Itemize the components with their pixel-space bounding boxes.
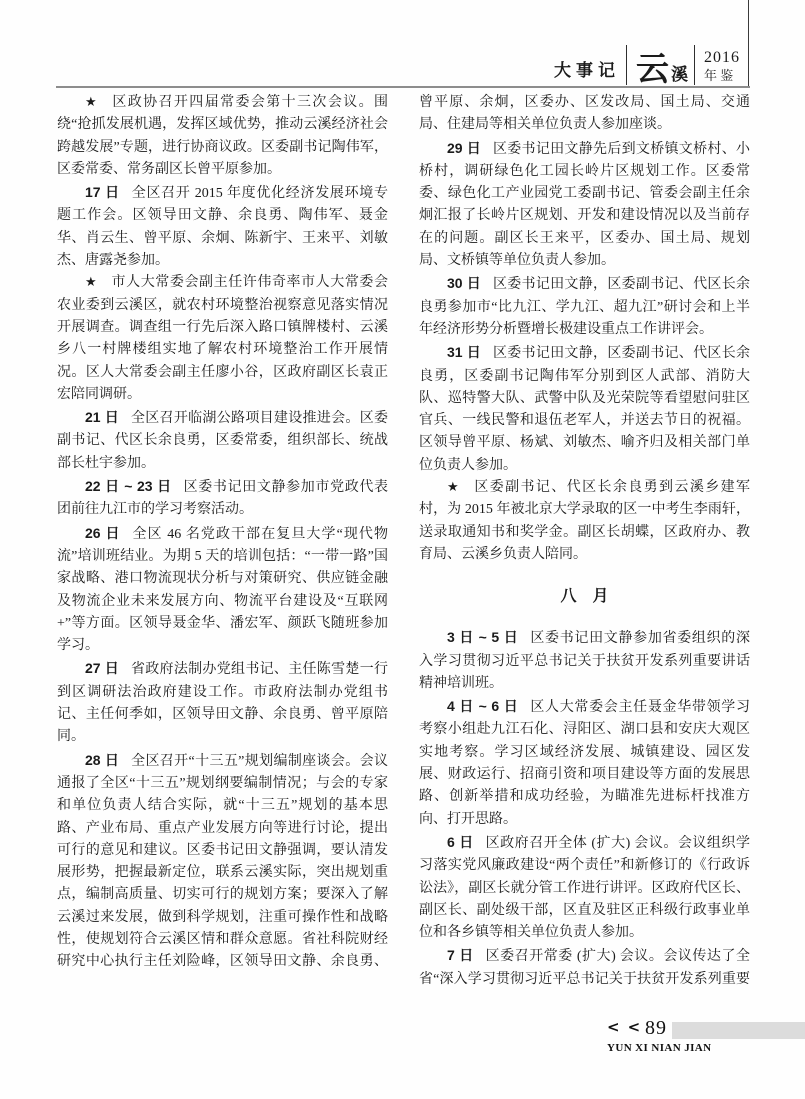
entry-date: 29 日: [447, 140, 481, 156]
entry-date: 28 日: [85, 752, 119, 768]
entry-text: 区委书记田文静，区委副书记、代区长余良勇，区委副书记陶伟军分别到区人武部、消防大…: [419, 346, 750, 472]
yearbook-year: 2016: [704, 49, 748, 67]
entry-date: 31 日: [447, 344, 481, 360]
page-corner-marks: <<: [607, 1018, 648, 1036]
angle-mark-icon: <: [628, 1018, 641, 1036]
entry-text: 区政协召开四届常委会第十三次会议。围绕“抢抓发展机遇，发挥区域优势，推动云溪经济…: [57, 95, 388, 177]
section-title: 大事记: [554, 56, 620, 86]
yearbook-year-block: 2016 年 鉴: [704, 49, 748, 86]
event-entry: 22 日 ~ 23 日区委书记田文静参加市党政代表团前往九江市的学习考察活动。: [57, 475, 388, 522]
header-divider: [626, 45, 627, 85]
event-entry: 29 日区委书记田文静先后到文桥镇文桥村、小桥村，调研绿色化工园长岭片区规划工作…: [419, 137, 750, 273]
entry-text: 市人大常委会副主任许伟奇率市人大常委会农业委到云溪区，就农村环境整治视察意见落实…: [57, 275, 388, 401]
month-heading: 八 月: [419, 585, 750, 609]
star-icon: ★: [447, 480, 460, 495]
pinyin-title: YUN XI NIAN JIAN: [607, 1042, 712, 1054]
yearbook-brand: 云 溪: [636, 54, 688, 86]
entry-date: 26 日: [85, 525, 121, 541]
header-rule: [56, 86, 750, 88]
event-entry: 4 日 ~ 6 日区人大常委会主任聂金华带领学习考察小组赴九江石化、浔阳区、湖口…: [419, 695, 750, 831]
event-entry: 26 日全区 46 名党政干部在复旦大学“现代物流”培训班结业。为期 5 天的培…: [57, 522, 388, 658]
entry-text: 区政府召开全体 (扩大) 会议。会议组织学习落实党风廉政建设“两个责任”和新修订…: [419, 836, 750, 940]
event-entry: 31 日区委书记田文静，区委副书记、代区长余良勇，区委副书记陶伟军分别到区人武部…: [419, 341, 750, 477]
yearbook-label: 年 鉴: [704, 67, 748, 84]
entry-date: 7 日: [447, 947, 474, 963]
entry-text: 区委副书记、代区长余良勇到云溪乡建军村，为 2015 年被北京大学录取的区一中考…: [419, 480, 750, 562]
page-header: 大事记 云 溪 2016 年 鉴: [554, 40, 748, 86]
footer-gray-bar: [672, 1022, 805, 1039]
angle-mark-icon: <: [607, 1018, 620, 1036]
entry-text: 全区 46 名党政干部在复旦大学“现代物流”培训班结业。为期 5 天的培训包括：…: [57, 527, 388, 653]
brand-small-char: 溪: [671, 65, 688, 84]
event-entry: 17 日全区召开 2015 年度优化经济发展环境专题工作会。区领导田文静、余良勇…: [57, 181, 388, 272]
event-entry: 6 日区政府召开全体 (扩大) 会议。会议组织学习落实党风廉政建设“两个责任”和…: [419, 831, 750, 944]
entry-date: 22 日 ~ 23 日: [85, 478, 172, 494]
entry-date: 6 日: [447, 834, 474, 850]
event-entry: 30 日区委书记田文静，区委副书记、代区长余良勇参加市“比九江、学九江、超九江”…: [419, 272, 750, 341]
event-entry: 21 日全区召开临湖公路项目建设推进会。区委副书记、代区长余良勇，区委常委，组织…: [57, 406, 388, 475]
event-entry: ★区委副书记、代区长余良勇到云溪乡建军村，为 2015 年被北京大学录取的区一中…: [419, 477, 750, 566]
event-entry: 27 日省政府法制办党组书记、主任陈雪楚一行到区调研法治政府建设工作。市政府法制…: [57, 657, 388, 748]
event-entry: ★区政协召开四届常委会第十三次会议。围绕“抢抓发展机遇，发挥区域优势，推动云溪经…: [57, 92, 388, 181]
brand-large-char: 云: [636, 54, 669, 84]
chronicle-text: ★区政协召开四届常委会第十三次会议。围绕“抢抓发展机遇，发挥区域优势，推动云溪经…: [57, 92, 750, 1008]
entry-text: 区委书记田文静先后到文桥镇文桥村、小桥村，调研绿色化工园长岭片区规划工作。区委常…: [419, 142, 750, 268]
entry-date: 30 日: [447, 275, 481, 291]
star-icon: ★: [85, 95, 98, 110]
entry-date: 27 日: [85, 660, 119, 676]
star-icon: ★: [85, 275, 97, 290]
page-number: 89: [645, 1017, 667, 1040]
entry-date: 21 日: [85, 409, 119, 425]
entry-date: 17 日: [85, 184, 120, 200]
event-entry: ★市人大常委会副主任许伟奇率市人大常委会农业委到云溪区，就农村环境整治视察意见落…: [57, 272, 388, 406]
entry-date: 3 日 ~ 5 日: [447, 629, 518, 645]
event-entry: 3 日 ~ 5 日区委书记田文静参加省委组织的深入学习贯彻习近平总书记关于扶贫开…: [419, 626, 750, 695]
header-vertical-line: [748, 0, 749, 87]
entry-date: 4 日 ~ 6 日: [447, 698, 518, 714]
yearbook-page: 大事记 云 溪 2016 年 鉴 ★区政协召开四届常委会第十三次会议。围绕“抢抓…: [0, 0, 805, 1099]
header-divider: [694, 45, 695, 85]
entry-text: 区人大常委会主任聂金华带领学习考察小组赴九江石化、浔阳区、湖口县和安庆大观区实地…: [419, 700, 750, 826]
